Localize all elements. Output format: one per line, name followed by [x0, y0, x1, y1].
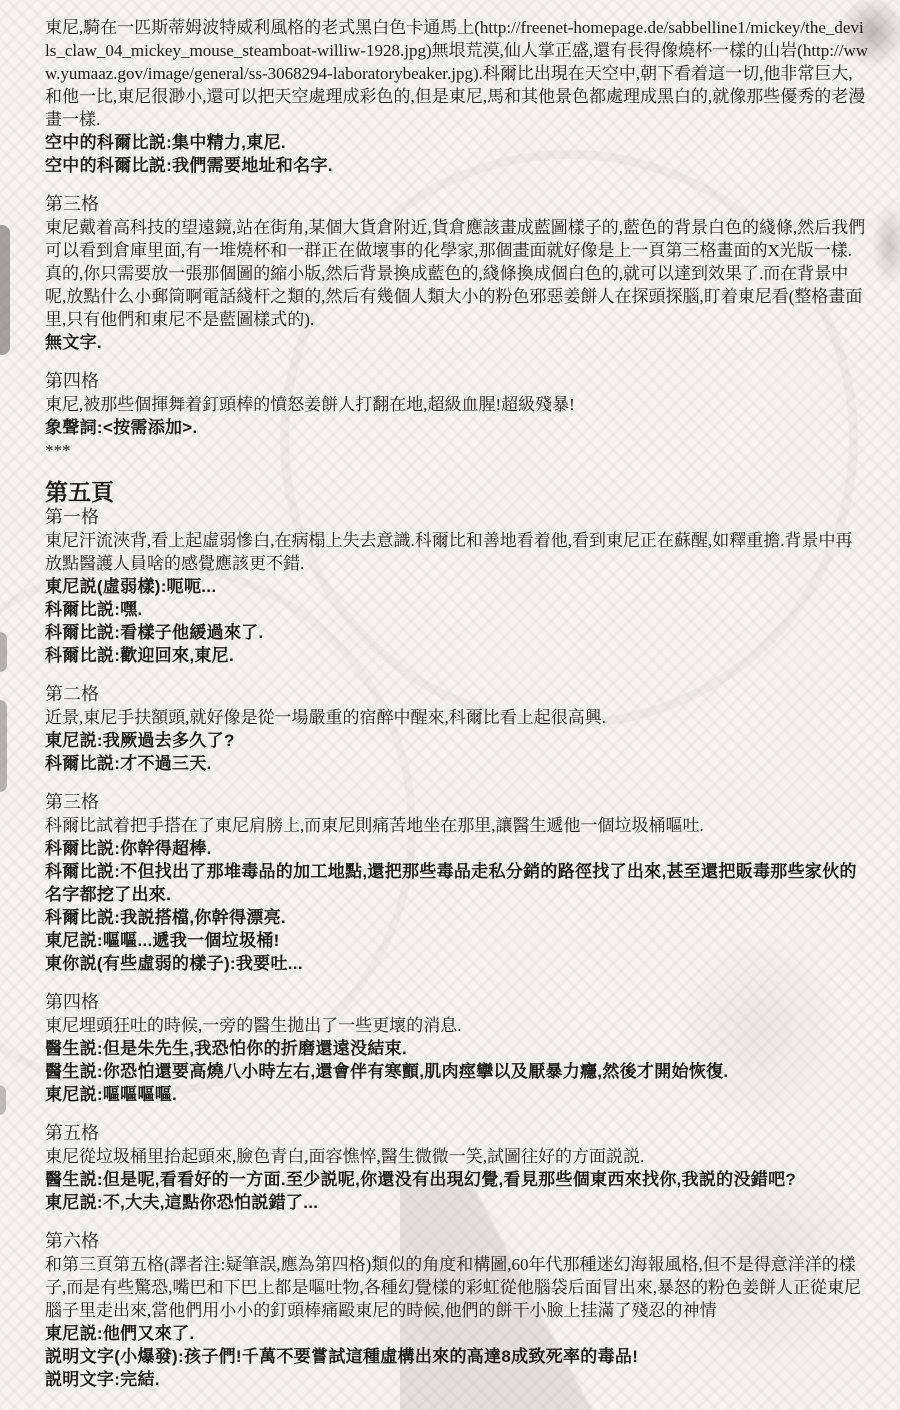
dialogue-line: 科爾比説:不但找出了那堆毒品的加工地點,還把那些毒品走私分銷的路徑找了出來,甚至… — [45, 860, 868, 906]
narration-paragraph: 近景,東尼手扶額頭,就好像是從一場嚴重的宿醉中醒來,科爾比看上起很高興. — [45, 706, 868, 729]
dialogue-line: 醫生説:但是朱先生,我恐怕你的折磨還遠没結束. — [45, 1037, 868, 1060]
dialogue-line: 説明文字:完結. — [45, 1368, 868, 1391]
narration-paragraph: 東尼戴着高科技的望遠鏡,站在街角,某個大貨倉附近,貨倉應該畫成藍圖樣子的,藍色的… — [45, 216, 868, 331]
dialogue-line: 東尼説:嘔嘔嘔嘔. — [45, 1083, 868, 1106]
dialogue-line: 東尼説:我厥過去多久了? — [45, 729, 868, 752]
panel-heading: 第一格 — [45, 506, 868, 529]
dialogue-line: 東尼説:嘔嘔...遞我一個垃圾桶! — [45, 929, 868, 952]
dialogue-line: 醫生説:你恐怕還要高燒八小時左右,還會伴有寒顫,肌肉痙攣以及厭暴力癮,然後才開始… — [45, 1060, 868, 1083]
spacer — [45, 354, 868, 370]
dialogue-line: 醫生説:但是呢,看看好的一方面.至少説呢,你還没有出現幻覺,看見那些個東西來找你… — [45, 1168, 868, 1191]
document-page: 東尼,騎在一匹斯蒂姆波特威利風格的老式黑白色卡通馬上(http://freene… — [0, 0, 900, 1410]
narration-paragraph: 科爾比試着把手搭在了東尼肩膀上,而東尼則痛苦地坐在那里,讓醫生遞他一個垃圾桶嘔吐… — [45, 814, 868, 837]
panel-heading: 第六格 — [45, 1230, 868, 1253]
dialogue-line: 無文字. — [45, 331, 868, 354]
dialogue-line: 空中的科爾比説:集中精力,東尼. — [45, 131, 868, 154]
dialogue-line: 科爾比説:你幹得超棒. — [45, 837, 868, 860]
panel-heading: 第五格 — [45, 1122, 868, 1145]
dialogue-line: 科爾比説:歡迎回來,東尼. — [45, 644, 868, 667]
script-text: 東尼,騎在一匹斯蒂姆波特威利風格的老式黑白色卡通馬上(http://freene… — [0, 0, 900, 1391]
dialogue-line: 象聲詞:<按需添加>. — [45, 416, 868, 439]
panel-heading: 第三格 — [45, 193, 868, 216]
narration-paragraph: 東尼埋頭狂吐的時候,一旁的醫生拋出了一些更壞的消息. — [45, 1014, 868, 1037]
spacer — [45, 667, 868, 683]
spacer — [45, 1214, 868, 1230]
narration-paragraph: 和第三頁第五格(譯者注:疑筆誤,應為第四格)類似的角度和構圖,60年代那種迷幻海… — [45, 1253, 868, 1322]
spacer — [45, 975, 868, 991]
dialogue-line: 科爾比説:我説搭檔,你幹得漂亮. — [45, 906, 868, 929]
dialogue-line: 科爾比説:才不過三天. — [45, 752, 868, 775]
narration-paragraph: *** — [45, 439, 868, 462]
dialogue-line: 科爾比説:看樣子他緩過來了. — [45, 621, 868, 644]
narration-paragraph: 東尼,被那些個揮舞着釘頭棒的憤怒姜餅人打翻在地,超級血腥!超級殘暴! — [45, 393, 868, 416]
narration-paragraph: 東尼汗流浹背,看上起虛弱慘白,在病榻上失去意識.科爾比和善地看着他,看到東尼正在… — [45, 529, 868, 575]
dialogue-line: 空中的科爾比説:我們需要地址和名字. — [45, 154, 868, 177]
dialogue-line: 東尼説(虛弱樣):呃呃... — [45, 575, 868, 598]
dialogue-line: 東尼説:不,大夫,這點你恐怕説錯了... — [45, 1191, 868, 1214]
dialogue-line: 東尼説:他們又來了. — [45, 1322, 868, 1345]
narration-paragraph: 東尼從垃圾桶里抬起頭來,臉色青白,面容憔悴,醫生微微一笑,試圖往好的方面説説. — [45, 1145, 868, 1168]
dialogue-line: 科爾比説:嘿. — [45, 598, 868, 621]
panel-heading: 第四格 — [45, 370, 868, 393]
spacer — [45, 177, 868, 193]
narration-paragraph: 東尼,騎在一匹斯蒂姆波特威利風格的老式黑白色卡通馬上(http://freene… — [45, 16, 868, 131]
spacer — [45, 462, 868, 478]
panel-heading: 第二格 — [45, 683, 868, 706]
panel-heading: 第四格 — [45, 991, 868, 1014]
spacer — [45, 775, 868, 791]
dialogue-line: 東你説(有些虛弱的樣子):我要吐... — [45, 952, 868, 975]
spacer — [45, 1106, 868, 1122]
dialogue-line: 説明文字(小爆發):孩子們!千萬不要嘗試這種虛構出來的高達8成致死率的毒品! — [45, 1345, 868, 1368]
panel-heading: 第三格 — [45, 791, 868, 814]
page-heading: 第五頁 — [45, 478, 868, 506]
